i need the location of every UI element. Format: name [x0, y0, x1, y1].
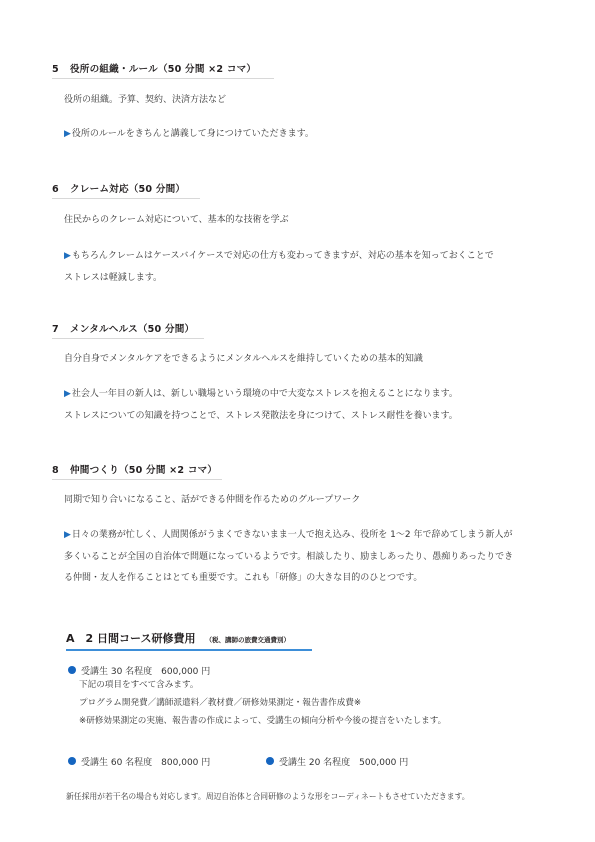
- section-number: 5: [52, 64, 70, 75]
- section-title: 仲間つくり（50 分間 ×2 コマ）: [70, 465, 217, 476]
- triangle-bullet-icon: ▶: [64, 530, 71, 540]
- fee-option-20: 受講生 20 名程度 500,000 円: [266, 755, 408, 768]
- section-5-heading: 5役所の組織・ルール（50 分間 ×2 コマ）: [52, 61, 274, 79]
- section-8-detail-cont-2: る仲間・友人を作ることはとても重要です。これも「研修」の大きな目的のひとつです。: [64, 570, 422, 583]
- triangle-bullet-icon: ▶: [64, 389, 71, 399]
- section-5-detail: ▶役所のルールをきちんと講義して身につけていただきます。: [64, 126, 314, 143]
- fee-primary: 受講生 30 名程度 600,000 円: [68, 664, 210, 677]
- triangle-bullet-icon: ▶: [64, 251, 71, 261]
- section-title: クレーム対応（50 分間）: [70, 184, 185, 195]
- section-7-summary: 自分自身でメンタルケアをできるようにメンタルヘルスを維持していくための基本的知識: [64, 351, 423, 368]
- section-6-summary: 住民からのクレーム対応について、基本的な技術を学ぶ: [64, 212, 289, 229]
- section-number: 6: [52, 184, 70, 195]
- section-7-heading: 7メンタルヘルス（50 分間）: [52, 321, 204, 339]
- section-6-detail: ▶もちろんクレームはケースバイケースで対応の仕方も変わってきますが、対応の基本を…: [64, 248, 494, 265]
- section-8-detail-cont-1: 多くいることが全国の自治体で問題になっているようです。相談したり、励ましあったり…: [64, 549, 513, 562]
- section-7-detail-cont: ストレスについての知識を持つことで、ストレス発散法を身につけて、ストレス耐性を養…: [64, 408, 458, 421]
- fee-primary-line-2: プログラム開発費／講師派遣料／教材費／研修効果測定・報告書作成費※: [79, 695, 361, 712]
- fees-heading-note: （税、講師の旅費交通費別）: [205, 636, 290, 644]
- fee-primary-line-3: ※研修効果測定の実施、報告書の作成によって、受講生の傾向分析や今後の提言をいたし…: [79, 713, 446, 730]
- section-title: 役所の組織・ルール（50 分間 ×2 コマ）: [70, 64, 256, 75]
- bullet-dot-icon: [68, 666, 76, 674]
- section-7-detail: ▶社会人一年目の新人は、新しい職場という環境の中で大変なストレスを抱えることにな…: [64, 386, 458, 403]
- fees-heading: A 2 日間コース研修費用（税、講師の旅費交通費別）: [66, 630, 312, 651]
- fee-primary-line-1: 下記の項目をすべて含みます。: [79, 677, 198, 694]
- section-5-summary: 役所の組織。予算、契約、決済方法など: [64, 92, 226, 109]
- fee-option-60: 受講生 60 名程度 800,000 円: [68, 755, 210, 768]
- section-6-heading: 6クレーム対応（50 分間）: [52, 181, 200, 199]
- bullet-dot-icon: [266, 757, 274, 765]
- triangle-bullet-icon: ▶: [64, 129, 71, 139]
- section-8-heading: 8仲間つくり（50 分間 ×2 コマ）: [52, 462, 222, 480]
- section-title: メンタルヘルス（50 分間）: [70, 324, 194, 335]
- fees-title: A 2 日間コース研修費用: [66, 632, 195, 645]
- bullet-dot-icon: [68, 757, 76, 765]
- section-6-detail-cont: ストレスは軽減します。: [64, 270, 162, 283]
- section-number: 7: [52, 324, 70, 335]
- section-8-detail: ▶日々の業務が忙しく、人間関係がうまくできないまま一人で抱え込み、役所を 1～2…: [64, 527, 512, 544]
- section-8-summary: 同期で知り合いになること、話ができる仲間を作るためのグループワーク: [64, 492, 360, 509]
- section-number: 8: [52, 465, 70, 476]
- fees-footnote: 新任採用が若干名の場合も対応します。周辺自治体と合同研修のような形をコーディネー…: [66, 791, 470, 802]
